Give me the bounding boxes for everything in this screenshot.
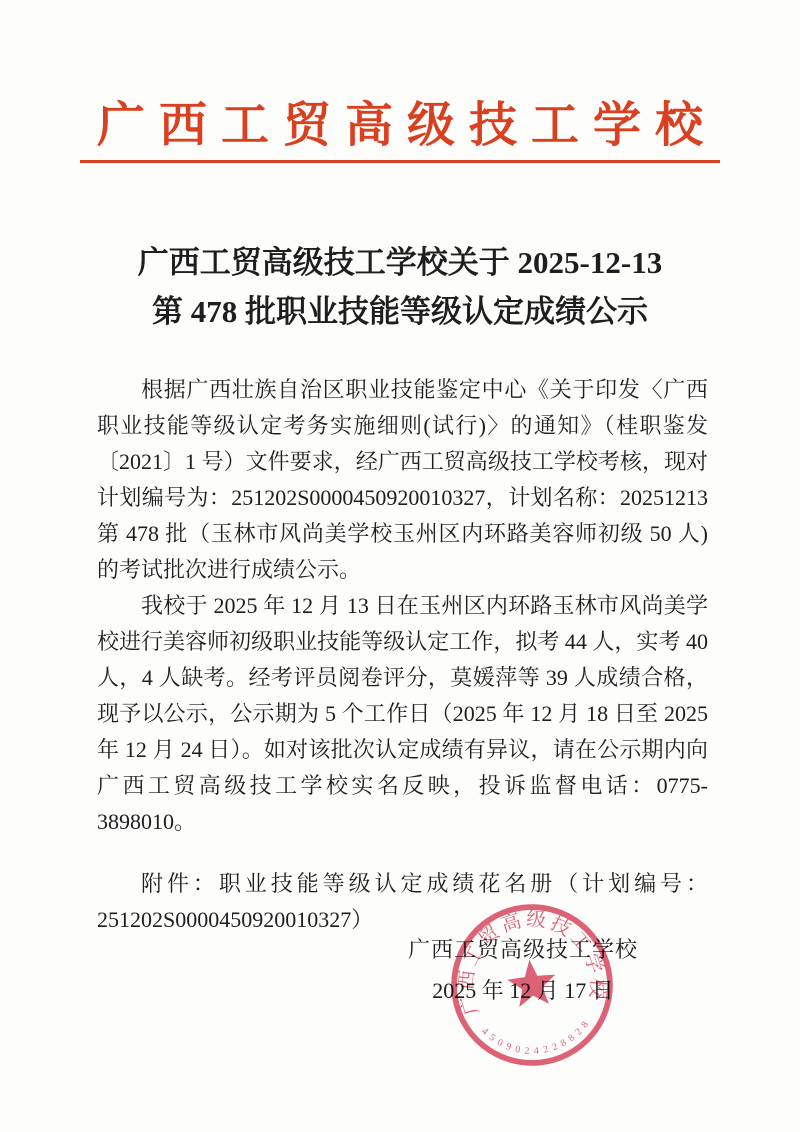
document-page: 广西工贸高级技工学校 广西工贸高级技工学校关于 2025-12-13 第 478… bbox=[0, 0, 800, 1132]
attachment-note: 附件：职业技能等级认定成绩花名册（计划编号： 251202S0000450920… bbox=[97, 866, 708, 938]
letterhead-divider bbox=[80, 160, 720, 163]
attachment-line-1: 附件：职业技能等级认定成绩花名册（计划编号： bbox=[97, 866, 708, 902]
letterhead-school-name: 广西工贸高级技工学校 bbox=[0, 100, 800, 152]
letterhead: 广西工贸高级技工学校 bbox=[0, 0, 800, 163]
seal-star-icon bbox=[505, 957, 558, 1008]
document-title-line-1: 广西工贸高级技工学校关于 2025-12-13 bbox=[0, 238, 800, 287]
official-seal-stamp: 广西工贸高级技工学校 4509024228828 bbox=[442, 895, 622, 1075]
document-title: 广西工贸高级技工学校关于 2025-12-13 第 478 批职业技能等级认定成… bbox=[0, 238, 800, 336]
paragraph-basis: 根据广西壮族自治区职业技能鉴定中心《关于印发〈广西职业技能等级认定考务实施细则(… bbox=[97, 372, 708, 588]
paragraph-results: 我校于 2025 年 12 月 13 日在玉州区内环路玉林市风尚美学校进行美容师… bbox=[97, 588, 708, 840]
seal-ring-text: 广西工贸高级技工学校 bbox=[448, 901, 612, 1018]
document-body: 根据广西壮族自治区职业技能鉴定中心《关于印发〈广西职业技能等级认定考务实施细则(… bbox=[97, 372, 708, 938]
document-title-line-2: 第 478 批职业技能等级认定成绩公示 bbox=[0, 287, 800, 336]
